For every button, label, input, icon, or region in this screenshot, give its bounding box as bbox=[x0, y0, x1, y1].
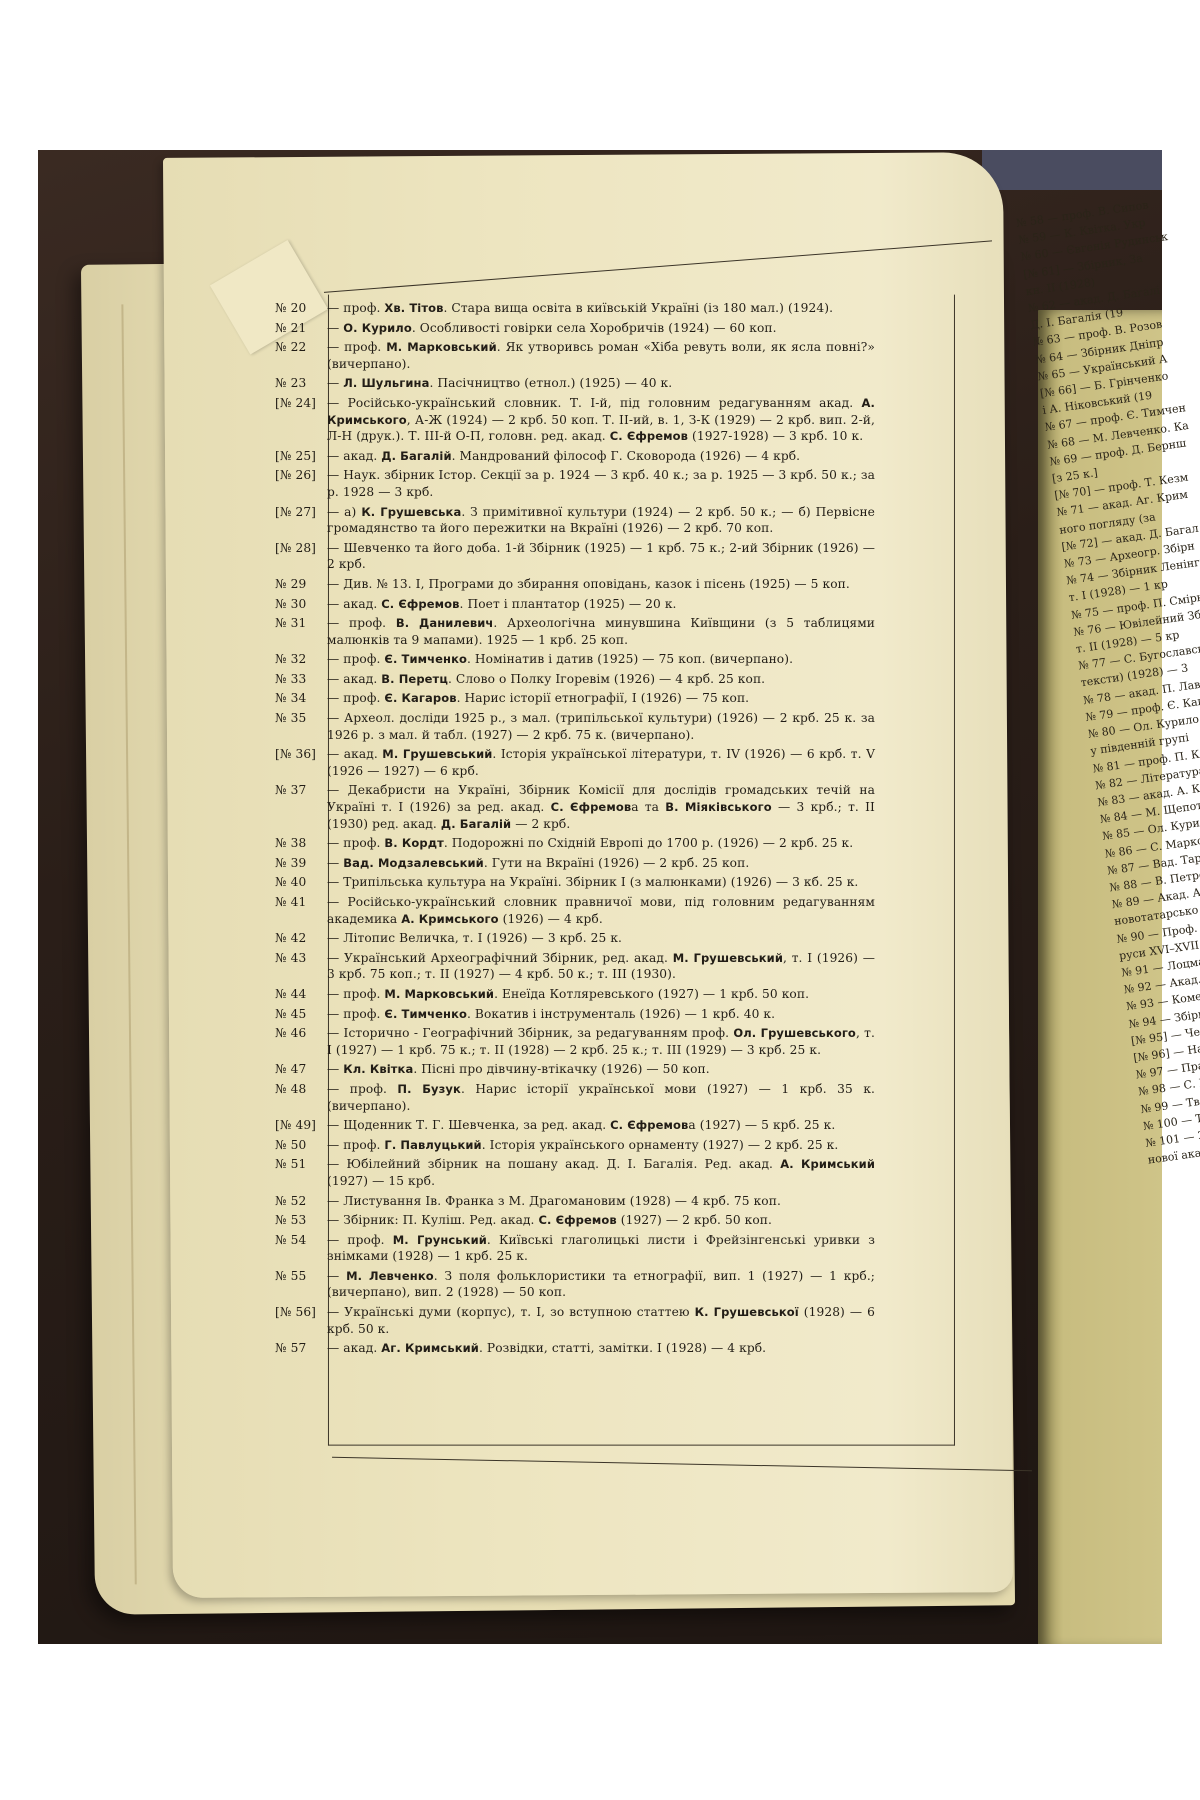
list-item: [№ 56]— Українські думи (корпус), т. І, … bbox=[275, 1304, 875, 1337]
list-item: № 22— проф. М. Марковський. Як утворивсь… bbox=[275, 339, 875, 372]
entry-number: № 51 bbox=[275, 1156, 327, 1189]
entry-text: — Наук. збірник Істор. Секції за р. 1924… bbox=[327, 467, 875, 500]
entry-number: № 53 bbox=[275, 1212, 327, 1229]
entry-number: [№ 28] bbox=[275, 540, 327, 573]
list-item: № 37— Декабристи на Україні, Збірник Ком… bbox=[275, 782, 875, 832]
list-item: № 48— проф. П. Бузук. Нарис історії укра… bbox=[275, 1081, 875, 1114]
entry-number: № 57 bbox=[275, 1340, 327, 1357]
entry-number: № 32 bbox=[275, 651, 327, 668]
list-item: № 20— проф. Хв. Тітов. Стара вища освіта… bbox=[275, 300, 875, 317]
list-item: № 21— О. Курило. Особливості говірки сел… bbox=[275, 320, 875, 337]
list-item: № 46— Історично - Географічний Збірник, … bbox=[275, 1025, 875, 1058]
list-item: № 57— акад. Аг. Кримський. Розвідки, ста… bbox=[275, 1340, 875, 1357]
entry-text: — Літопис Величка, т. І (1926) — 3 крб. … bbox=[327, 930, 875, 947]
entry-number: № 23 bbox=[275, 375, 327, 392]
list-item: № 55— М. Левченко. З поля фольклористики… bbox=[275, 1268, 875, 1301]
entry-text: — Російсько-український словник. Т. І-й,… bbox=[327, 395, 875, 445]
entry-text: — проф. П. Бузук. Нарис історії українсь… bbox=[327, 1081, 875, 1114]
entry-text: — Історично - Географічний Збірник, за р… bbox=[327, 1025, 875, 1058]
entry-text: — акад. Аг. Кримський. Розвідки, статті,… bbox=[327, 1340, 875, 1357]
entry-text: — Вад. Модзалевський. Гути на Вкраїні (1… bbox=[327, 855, 875, 872]
list-item: № 34— проф. Є. Кагаров. Нарис історії ет… bbox=[275, 690, 875, 707]
entry-number: [№ 27] bbox=[275, 504, 327, 537]
entry-number: № 45 bbox=[275, 1006, 327, 1023]
list-item: № 38— проф. В. Кордт. Подорожні по Східн… bbox=[275, 835, 875, 852]
entry-text: — Російсько-український словник правничо… bbox=[327, 894, 875, 927]
entry-number: № 38 bbox=[275, 835, 327, 852]
entry-number: № 37 bbox=[275, 782, 327, 832]
entry-number: № 21 bbox=[275, 320, 327, 337]
entry-number: № 22 bbox=[275, 339, 327, 372]
entry-number: [№ 56] bbox=[275, 1304, 327, 1337]
entry-number: № 48 bbox=[275, 1081, 327, 1114]
list-item: [№ 27]— а) К. Грушевська. З примітивної … bbox=[275, 504, 875, 537]
entry-number: № 39 bbox=[275, 855, 327, 872]
entry-text: — Л. Шульгина. Пасічництво (етнол.) (192… bbox=[327, 375, 875, 392]
entry-text: — Український Археографічний Збірник, ре… bbox=[327, 950, 875, 983]
entry-text: — проф. В. Кордт. Подорожні по Східній Е… bbox=[327, 835, 875, 852]
list-item: № 52— Листування Ів. Франка з М. Драгома… bbox=[275, 1193, 875, 1210]
entry-number: [№ 49] bbox=[275, 1117, 327, 1134]
entry-number: № 46 bbox=[275, 1025, 327, 1058]
entry-text: — Листування Ів. Франка з М. Драгоманови… bbox=[327, 1193, 875, 1210]
entry-text: — М. Левченко. З поля фольклористики та … bbox=[327, 1268, 875, 1301]
entry-number: № 43 bbox=[275, 950, 327, 983]
entry-number: [№ 36] bbox=[275, 746, 327, 779]
list-item: № 45— проф. Є. Тимченко. Вокатив і інстр… bbox=[275, 1006, 875, 1023]
entry-number: № 52 bbox=[275, 1193, 327, 1210]
entry-text: — Збірник: П. Куліш. Ред. акад. С. Єфрем… bbox=[327, 1212, 875, 1229]
entry-text: — проф. М. Грунський. Київські глаголиць… bbox=[327, 1232, 875, 1265]
list-item: № 23— Л. Шульгина. Пасічництво (етнол.) … bbox=[275, 375, 875, 392]
entry-number: № 41 bbox=[275, 894, 327, 927]
entry-number: № 47 bbox=[275, 1061, 327, 1078]
entry-number: № 42 bbox=[275, 930, 327, 947]
entry-number: № 50 bbox=[275, 1137, 327, 1154]
list-item: № 43— Український Археографічний Збірник… bbox=[275, 950, 875, 983]
background-fabric bbox=[982, 150, 1162, 190]
entry-number: № 20 bbox=[275, 300, 327, 317]
entry-text: — акад. В. Перетц. Слово о Полку Ігореві… bbox=[327, 671, 875, 688]
list-item: № 50— проф. Г. Павлуцький. Історія украї… bbox=[275, 1137, 875, 1154]
list-item: № 54— проф. М. Грунський. Київські глаго… bbox=[275, 1232, 875, 1265]
entry-number: [№ 24] bbox=[275, 395, 327, 445]
list-item: № 31— проф. В. Данилевич. Археологічна м… bbox=[275, 615, 875, 648]
entry-number: № 33 bbox=[275, 671, 327, 688]
list-item: № 47— Кл. Квітка. Пісні про дівчину-втік… bbox=[275, 1061, 875, 1078]
entry-text: — акад. С. Єфремов. Поет і плантатор (19… bbox=[327, 596, 875, 613]
list-item: № 44— проф. М. Марковський. Енеїда Котля… bbox=[275, 986, 875, 1003]
entry-text: — проф. Є. Тимченко. Вокатив і інструмен… bbox=[327, 1006, 875, 1023]
entry-text: — проф. Г. Павлуцький. Історія українськ… bbox=[327, 1137, 875, 1154]
entry-number: № 55 bbox=[275, 1268, 327, 1301]
entry-number: [№ 25] bbox=[275, 448, 327, 465]
entry-text: — проф. М. Марковський. Як утворивсь ром… bbox=[327, 339, 875, 372]
entry-text: — акад. М. Грушевський. Історія українсь… bbox=[327, 746, 875, 779]
frame-bottom-rule bbox=[332, 1457, 1032, 1471]
entry-number: № 34 bbox=[275, 690, 327, 707]
publication-list: № 20— проф. Хв. Тітов. Стара вища освіта… bbox=[275, 300, 875, 1360]
entry-text: — Українські думи (корпус), т. І, зо вст… bbox=[327, 1304, 875, 1337]
entry-text: — Трипільська культура на Україні. Збірн… bbox=[327, 874, 875, 891]
entry-text: — Шевченко та його доба. 1-й Збірник (19… bbox=[327, 540, 875, 573]
entry-text: — проф. Хв. Тітов. Стара вища освіта в к… bbox=[327, 300, 875, 317]
entry-number: № 31 bbox=[275, 615, 327, 648]
list-item: [№ 24]— Російсько-український словник. Т… bbox=[275, 395, 875, 445]
list-item: № 40— Трипільська культура на Україні. З… bbox=[275, 874, 875, 891]
entry-number: № 44 bbox=[275, 986, 327, 1003]
list-item: № 35— Археол. досліди 1925 р., з мал. (т… bbox=[275, 710, 875, 743]
entry-text: — проф. Є. Тимченко. Номінатив і датив (… bbox=[327, 651, 875, 668]
list-item: № 41— Російсько-український словник прав… bbox=[275, 894, 875, 927]
list-item: № 51— Юбілейний збірник на пошану акад. … bbox=[275, 1156, 875, 1189]
entry-text: — Юбілейний збірник на пошану акад. Д. І… bbox=[327, 1156, 875, 1189]
list-item: [№ 26]— Наук. збірник Істор. Секції за р… bbox=[275, 467, 875, 500]
list-item: № 29— Див. № 13. І, Програми до збирання… bbox=[275, 576, 875, 593]
list-item: [№ 25]— акад. Д. Багалій. Мандрований фі… bbox=[275, 448, 875, 465]
list-item: № 39— Вад. Модзалевський. Гути на Вкраїн… bbox=[275, 855, 875, 872]
entry-text: — Щоденник Т. Г. Шевченка, за ред. акад.… bbox=[327, 1117, 875, 1134]
entry-number: № 30 bbox=[275, 596, 327, 613]
entry-number: № 54 bbox=[275, 1232, 327, 1265]
entry-number: № 40 bbox=[275, 874, 327, 891]
entry-text: — проф. М. Марковський. Енеїда Котляревс… bbox=[327, 986, 875, 1003]
entry-text: — Археол. досліди 1925 р., з мал. (трипі… bbox=[327, 710, 875, 743]
list-item: № 32— проф. Є. Тимченко. Номінатив і дат… bbox=[275, 651, 875, 668]
entry-text: — Кл. Квітка. Пісні про дівчину-втікачку… bbox=[327, 1061, 875, 1078]
list-item: [№ 49]— Щоденник Т. Г. Шевченка, за ред.… bbox=[275, 1117, 875, 1134]
list-item: [№ 36]— акад. М. Грушевський. Історія ук… bbox=[275, 746, 875, 779]
entry-text: — Див. № 13. І, Програми до збирання опо… bbox=[327, 576, 875, 593]
frame-top-rule bbox=[324, 240, 992, 292]
list-item: [№ 28]— Шевченко та його доба. 1-й Збірн… bbox=[275, 540, 875, 573]
entry-text: — а) К. Грушевська. З примітивної культу… bbox=[327, 504, 875, 537]
entry-number: № 29 bbox=[275, 576, 327, 593]
entry-text: — акад. Д. Багалій. Мандрований філософ … bbox=[327, 448, 875, 465]
list-item: № 30— акад. С. Єфремов. Поет і плантатор… bbox=[275, 596, 875, 613]
entry-text: — проф. В. Данилевич. Археологічна минув… bbox=[327, 615, 875, 648]
list-item: № 42— Літопис Величка, т. І (1926) — 3 к… bbox=[275, 930, 875, 947]
entry-number: № 35 bbox=[275, 710, 327, 743]
list-item: № 53— Збірник: П. Куліш. Ред. акад. С. Є… bbox=[275, 1212, 875, 1229]
entry-text: — Декабристи на Україні, Збірник Комісії… bbox=[327, 782, 875, 832]
entry-number: [№ 26] bbox=[275, 467, 327, 500]
entry-text: — О. Курило. Особливості говірки села Хо… bbox=[327, 320, 875, 337]
entry-text: — проф. Є. Кагаров. Нарис історії етногр… bbox=[327, 690, 875, 707]
list-item: № 33— акад. В. Перетц. Слово о Полку Іго… bbox=[275, 671, 875, 688]
